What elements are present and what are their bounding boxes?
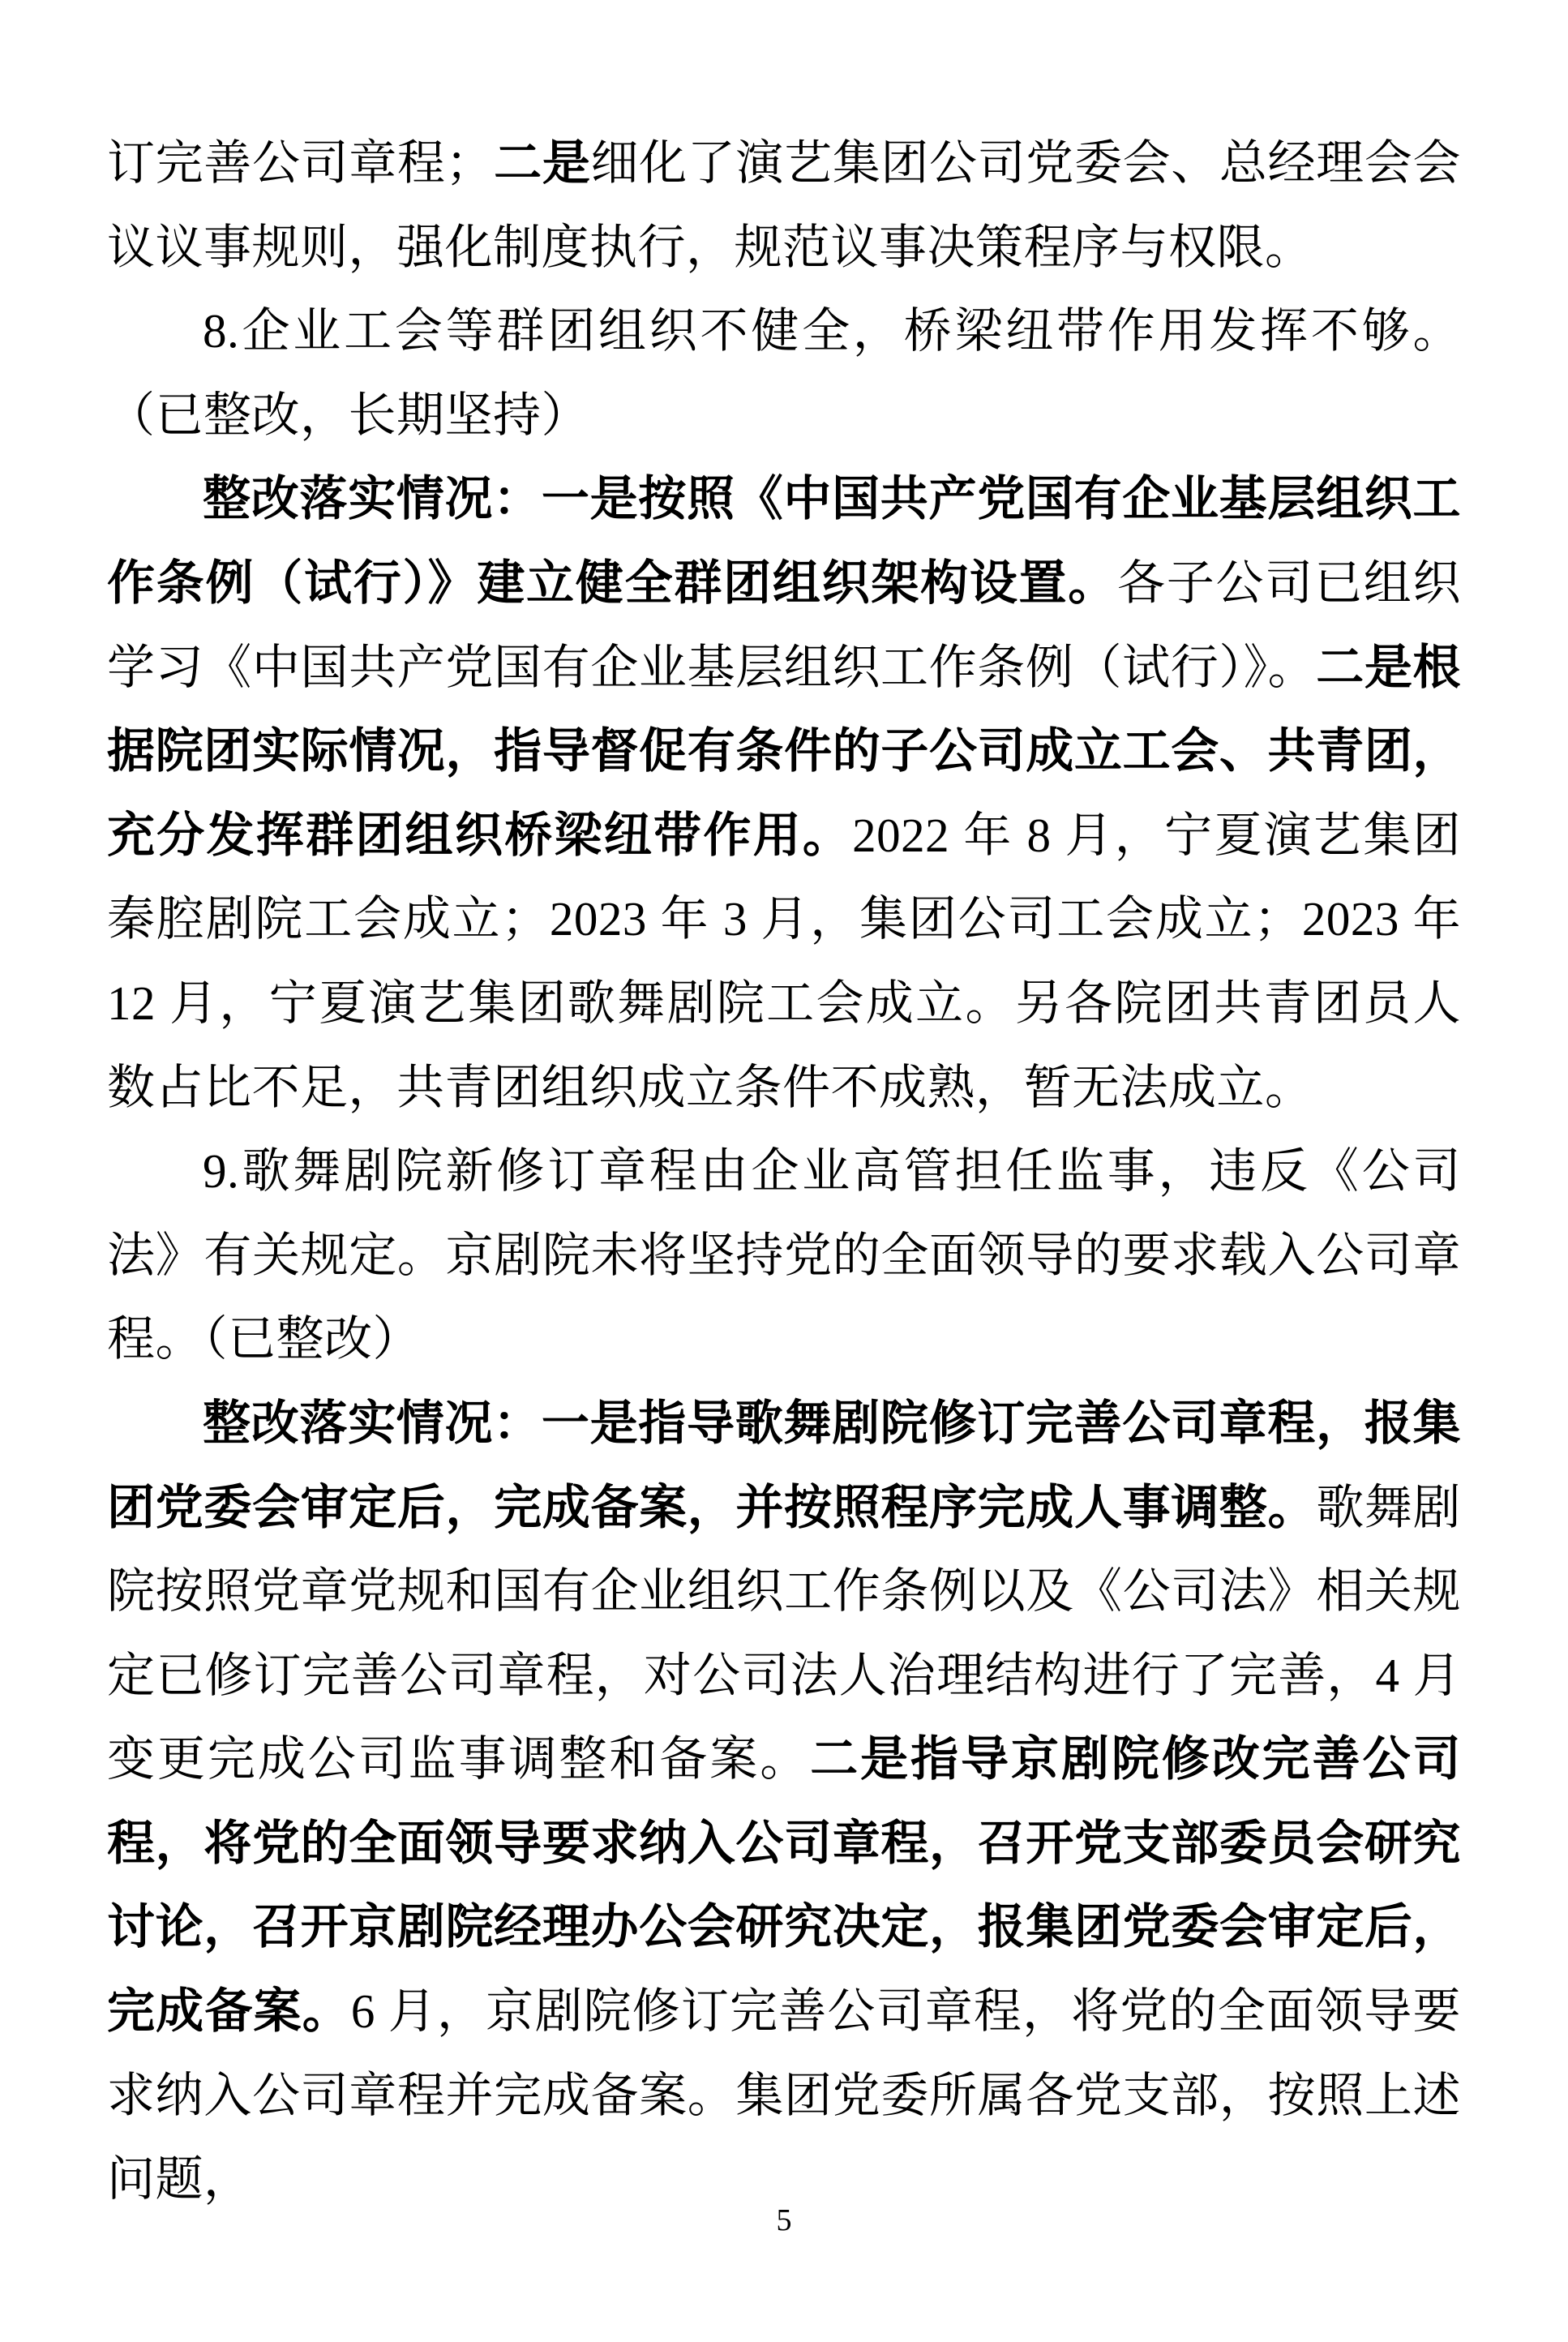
paragraph: 9.歌舞剧院新修订章程由企业高管担任监事，违反《公司法》有关规定。京剧院未将坚持…	[107, 1130, 1461, 1382]
emphasis-text: 整改落实情况：一是指导歌舞剧院修订完善公司章程，报集团党委会审定后，完成备案，并…	[107, 1396, 1461, 1534]
document-body: 订完善公司章程；二是细化了演艺集团公司党委会、总经理会会议议事规则，强化制度执行…	[107, 122, 1461, 2222]
body-text: 9.歌舞剧院新修订章程由企业高管担任监事，违反《公司法》有关规定。京剧院未将坚持…	[107, 1144, 1461, 1366]
emphasis-text: 二是	[494, 136, 590, 190]
paragraph: 整改落实情况：一是按照《中国共产党国有企业基层组织工作条例（试行）》建立健全群团…	[107, 457, 1461, 1130]
body-text: 8.企业工会等群团组织不健全，桥梁纽带作用发挥不够。（已整改，长期坚持）	[107, 304, 1461, 442]
page-number: 5	[777, 2203, 792, 2237]
document-page: 订完善公司章程；二是细化了演艺集团公司党委会、总经理会会议议事规则，强化制度执行…	[0, 0, 1568, 2342]
paragraph: 8.企业工会等群团组织不健全，桥梁纽带作用发挥不够。（已整改，长期坚持）	[107, 290, 1461, 457]
paragraph: 整改落实情况：一是指导歌舞剧院修订完善公司章程，报集团党委会审定后，完成备案，并…	[107, 1382, 1461, 2222]
page-footer: 5	[0, 2203, 1568, 2238]
paragraph: 订完善公司章程；二是细化了演艺集团公司党委会、总经理会会议议事规则，强化制度执行…	[107, 122, 1461, 290]
body-text: 订完善公司章程；	[107, 136, 494, 190]
